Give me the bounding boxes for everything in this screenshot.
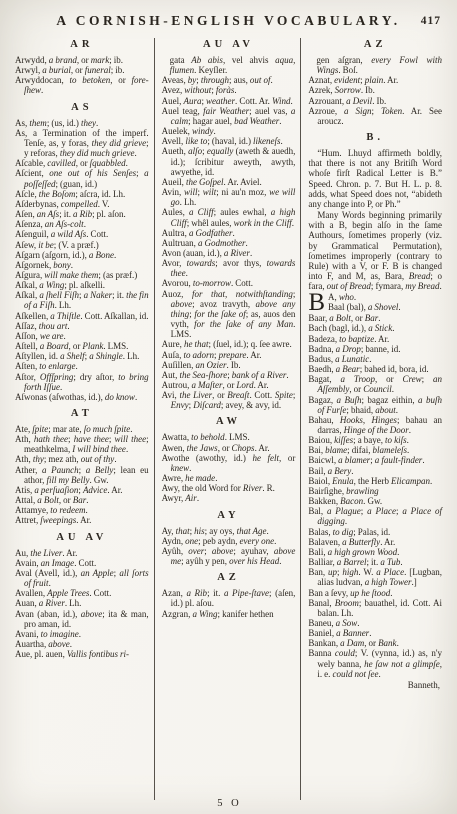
entry: Avez, without; foràs. [162, 85, 296, 95]
entry: Azrek, Sorrow. Ib. [308, 85, 442, 95]
entry: Baiou, kiſſes; a baye, to kiſs. [308, 435, 442, 445]
entry: Attal, a Bolt, or Bar. [15, 495, 149, 505]
entry: Aſgarn (aſgorn, id.), a Bone. [15, 250, 149, 260]
entry: Aſſaz, thou art. [15, 321, 149, 331]
entry: Bakken, Bacon. Gw. [308, 496, 442, 506]
entry: Aſſon, we are. [15, 331, 149, 341]
entry: Aſkal, a Wing; pl. aſkelli. [15, 280, 149, 290]
entry: Ath, hath thee; have thee; will thee; me… [15, 434, 149, 454]
entry: Balliar, a Barrel; it. a Tub. [308, 557, 442, 567]
entry: Bagat, a Troop, or Crew; an Aſſembly, or… [308, 374, 442, 394]
entry: Avorou, to-morrow. Cott. [162, 278, 296, 288]
entry: Azroue, a Sign; Token. Ar. See aroucz. [308, 106, 442, 126]
entry: Baal (bal), a Shovel. [308, 302, 442, 312]
entry: Aure, he that; (ſuel, id.); q. ſee awre. [162, 339, 296, 349]
entry: Auelek, windy. [162, 126, 296, 136]
entry: Aſkal, a ſhell Fiſh; a Naker; it. the fi… [15, 290, 149, 310]
catchword: Banneth, [308, 680, 442, 690]
entry: Attamye, to redeem. [15, 505, 149, 515]
entry: Auel teag, fair Weather; auel vas, a cal… [162, 106, 296, 126]
entry: Avain, an Image. Cott. [15, 558, 149, 568]
dropcap-letter: B [308, 292, 328, 313]
paragraph: “Hum. Lhuyd affirmeth boldly, that there… [308, 148, 442, 209]
entry: Awatta, to behold. LMS. [162, 432, 296, 442]
entry: Ather, a Paunch; a Belly; lean eu athor,… [15, 465, 149, 485]
entry: Badeza, to baptize. Ar. [308, 334, 442, 344]
entry: Aydn, one; peb aydn, every one. [162, 536, 296, 546]
entry: Baniel, a Banner. [308, 628, 442, 638]
entry: A, who. [308, 292, 442, 302]
section-heading: B. [308, 132, 442, 143]
entry: Awy, the old Word for River. R. [162, 483, 296, 493]
entry: Banna could; V. (vynna, id.) as, n'y wel… [308, 648, 442, 678]
entry: Awothe (awothy, id.) he felt, or knew. [162, 453, 296, 473]
entry: Bahau, Hooks, Hinges; bahau an darras, H… [308, 415, 442, 435]
entry: Aſen, an Aſs; it. a Rib; pl. aſon. [15, 209, 149, 219]
entry: Aſcient, one out of his Senſes; a poſſeſ… [15, 168, 149, 188]
column-1: ARArwydd, a brand, or mark; ib.Arwyl, a … [12, 38, 154, 800]
entry: Bal, a Plague; a Place; a Place of diggi… [308, 506, 442, 526]
entry: Aſtyllen, id. a Shelf; a Shingle. Lh. [15, 351, 149, 361]
entry: Avani, to imagine. [15, 629, 149, 639]
entry: Avallen, Apple Trees. Cott. [15, 588, 149, 598]
entry: Arwyl, a burial, or funeral; ib. [15, 65, 149, 75]
entry: Bagaz, a Buſh; bagaz eithin, a buſh of F… [308, 395, 442, 415]
entry: Avan (aban, id.), above; ita & man, pro … [15, 609, 149, 629]
entry: Aſtell, a Board, or Plank. LMS. [15, 341, 149, 351]
entry: Aſcle, the Boſom; aſcra, id. Lh. [15, 189, 149, 199]
entry: Avor, towards; avor thys, towards thee. [162, 258, 296, 278]
entry: Autrou, a Maſter, or Lord. Ar. [162, 380, 296, 390]
entry: Bankan, a Dam, or Bank. [308, 638, 442, 648]
entry: Aſkellen, a Thiſtle. Cott. Aſkallan, id. [15, 311, 149, 321]
entry: Baedh, a Bear; bahed id, bora, id. [308, 364, 442, 374]
book-page: A CORNISH-ENGLISH VOCABULARY. 417 ARArwy… [0, 0, 457, 814]
entry: Baneu, a Sow. [308, 618, 442, 628]
entry: Aſgura, will make them; (as præf.) [15, 270, 149, 280]
entry: Bach (bagl, id.), a Stick. [308, 323, 442, 333]
entry: Badna, a Drop; banne, id. [308, 344, 442, 354]
entry: As, them; (us, id.) they. [15, 118, 149, 128]
entry: Aſenza, an Aſs-colt. [15, 219, 149, 229]
entry: Aultra, a Godfather. [162, 228, 296, 238]
entry: Au, the Liver. Ar. [15, 548, 149, 558]
section-heading: AR [15, 39, 149, 50]
section-heading: AW [162, 416, 296, 427]
entry: Bali, a high grown Wood. [308, 547, 442, 557]
signature-mark: 5 O [217, 798, 241, 809]
entry: As, a Termination of the imperf. Tenſe, … [15, 128, 149, 158]
entry: Auel, Aura; weather. Cott. Ar. Wind. [162, 96, 296, 106]
entry: Aueil, the Goſpel. Ar. Aviel. [162, 177, 296, 187]
entry: Ath, thy; mez ath, out of thy. [15, 454, 149, 464]
entry: Aſwonas (aſwothas, id.), do know. [15, 392, 149, 402]
page-title: A CORNISH-ENGLISH VOCABULARY. [0, 13, 457, 29]
entry: Awre, he made. [162, 473, 296, 483]
entry: Ban a ſevy, up he ſtood. [308, 588, 442, 598]
entry: Auſa, to adorn; prepare. Ar. [162, 350, 296, 360]
section-heading: AZ [308, 39, 442, 50]
entry: Baiol, Enula, the Herb Elicampan. [308, 476, 442, 486]
entry: Auoz, for that, notwithſtanding; above; … [162, 289, 296, 340]
entry: Aueth, alſo; equally (aweth & auedh, id.… [162, 146, 296, 176]
entry: Aultruan, a Godmother. [162, 238, 296, 248]
entry: Ay, that; his; ay oys, that Age. [162, 526, 296, 536]
entry: Aſenguil, a wild Aſs. Cott. [15, 229, 149, 239]
entry: Bai, blame; difai, blameleſs. [308, 445, 442, 455]
entry: Badus, a Lunatic. [308, 354, 442, 364]
entry: Azrouant, a Devil. Ib. [308, 96, 442, 106]
entry: Baicwl, a blamer; a fault-finder. [308, 455, 442, 465]
entry: Aſew, it be; (V. a præf.) [15, 240, 149, 250]
entry: Aveas, by; through; aus, out of. [162, 75, 296, 85]
page-header: A CORNISH-ENGLISH VOCABULARY. 417 [0, 0, 457, 35]
entry: Balas, to dig; Palas, id. [308, 527, 442, 537]
entry: Bail, a Bery. [308, 466, 442, 476]
entry: Arwydd, a brand, or mark; ib. [15, 55, 149, 65]
entry: Ban, up; high. W. a Place. [Lugban, alia… [308, 567, 442, 587]
entry: Atis, a perſuaſion; Advice. Ar. [15, 485, 149, 495]
entry: Aſgornek, bony. [15, 260, 149, 270]
entry: Attret, ſweepings. Ar. [15, 515, 149, 525]
entry: Azgran, a Wing; kanifer hethen [162, 609, 296, 619]
entry: gata Ab abis, vel ahvis aqua, flumen. Ke… [162, 55, 296, 75]
entry: Auſillen, an Ozier. Ib. [162, 360, 296, 370]
entry: Aznat, evident; plain. Ar. [308, 75, 442, 85]
entry: Awen, the Jaws, or Chops. Ar. [162, 443, 296, 453]
entry: Aſderbynas, compelled. V. [15, 199, 149, 209]
text-columns: ARArwydd, a brand, or mark; ib.Arwyl, a … [12, 38, 447, 800]
entry: gen aſgran, every Fowl with Wings. Boſ. [308, 55, 442, 75]
entry: Aſten, to enlarge. [15, 361, 149, 371]
section-heading: AY [162, 510, 296, 521]
entry: Aut, the Sea-ſhore; bank of a River. [162, 370, 296, 380]
column-3: AZgen aſgran, every Fowl with Wings. Boſ… [300, 38, 447, 800]
entry: Ayûh, over; above; ayuhav, above me; ayû… [162, 546, 296, 566]
entry: Ate, ſpite; mar ate, ſo much ſpite. [15, 424, 149, 434]
section-heading: AZ [162, 572, 296, 583]
entry: Azan, a Rib; it. a Pipe-ſtave; (aſen, id… [162, 588, 296, 608]
entry: Aſcable, cavilled, or ſquabbled. [15, 158, 149, 168]
entry: Aſtor, Offſpring; dry aſtor, to bring fo… [15, 372, 149, 392]
entry: Aules, a Cliff; aules ewhal, a high Clif… [162, 207, 296, 227]
dropcap-entry: BA, who.Baal (bal), a Shovel. [308, 292, 442, 313]
entry: Avi, the Liver, or Breaſt. Cott. Spite; … [162, 390, 296, 410]
entry: Auartha, above. [15, 639, 149, 649]
section-heading: AU AV [162, 39, 296, 50]
entry: Avon (auan, id.), a River. [162, 248, 296, 258]
entry: Baar, a Bolt, or Bar. [308, 313, 442, 323]
entry: Balaven, a Butterfly. Ar. [308, 537, 442, 547]
paragraph: Many Words beginning primarily with a B,… [308, 210, 442, 291]
entry: Avell, like to; (haval, id.) likeneſs. [162, 136, 296, 146]
section-heading: AT [15, 408, 149, 419]
section-heading: AS [15, 102, 149, 113]
entry: Bairſighe, brawling [308, 486, 442, 496]
entry: Awyr, Air. [162, 493, 296, 503]
entry: Aval (Avell, id.), an Apple; all ſorts o… [15, 568, 149, 588]
entry: Auan, a River. Lh. [15, 598, 149, 608]
entry: Arwyddocan, to betoken, or fore-ſhew. [15, 75, 149, 95]
page-number: 417 [421, 15, 441, 27]
section-heading: AU AV [15, 532, 149, 543]
entry: Avin, will; wilt; ni au'n moz, we will g… [162, 187, 296, 207]
column-2: AU AVgata Ab abis, vel ahvis aqua, flume… [154, 38, 301, 800]
entry: Aue, pl. auen, Vallis fontibus ri- [15, 649, 149, 659]
entry: Banal, Broom; bauathel, id. Cott. Ai bal… [308, 598, 442, 618]
